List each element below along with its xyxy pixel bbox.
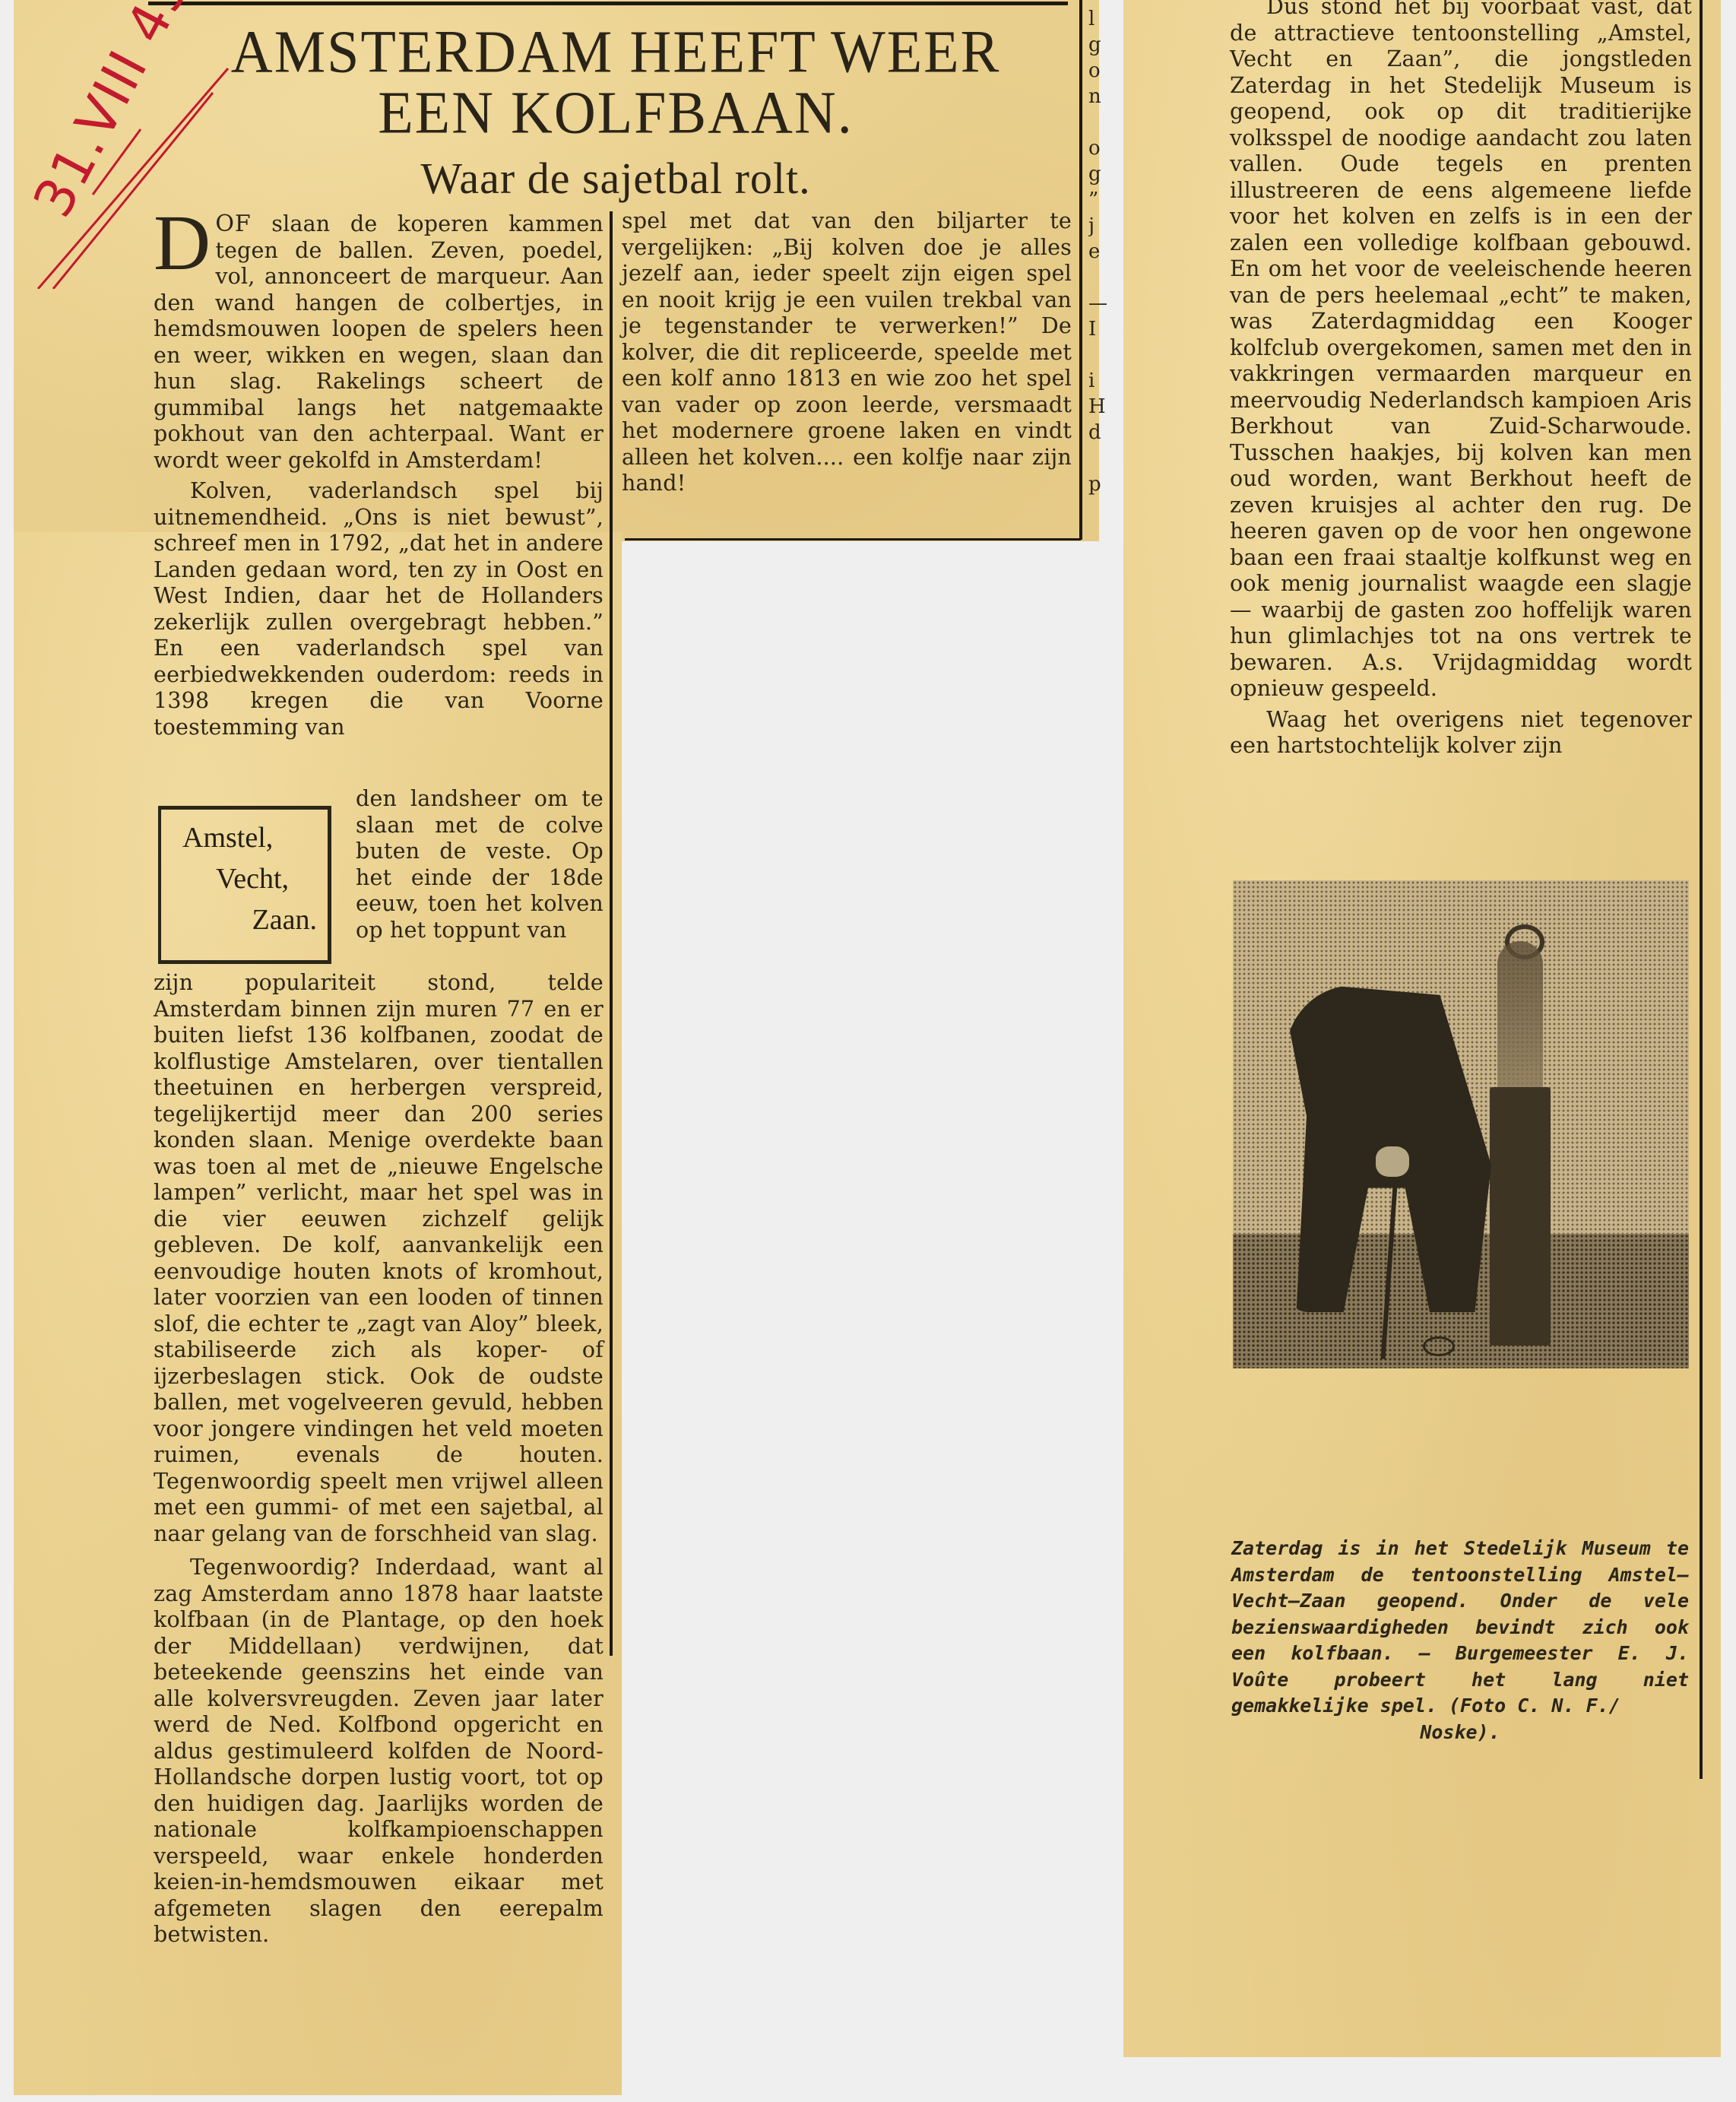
drop-cap: D [154, 214, 211, 272]
column-rule-right [1700, 0, 1703, 1779]
paragraph-popularity: zijn populariteit stond, telde Amsterdam… [154, 970, 603, 1547]
headline-line-2: EEN KOLFBAAN. [182, 82, 1049, 143]
paragraph-exhibition: Dus stond het bij voorbaat vast, dat de … [1230, 0, 1692, 702]
news-photo [1233, 880, 1689, 1368]
headline: AMSTERDAM HEEFT WEER [182, 21, 1049, 82]
column-rule-1 [610, 211, 613, 1656]
adjacent-article-fragment: l g o n o g ” j e — I i H d p [1088, 6, 1107, 497]
paragraph-present-day: Tegenwoordig? Inderdaad, want al zag Ams… [154, 1555, 603, 1948]
photo-ball [1423, 1336, 1455, 1356]
photo-hands [1376, 1146, 1409, 1177]
article-column-1-continued: zijn populariteit stond, telde Amsterdam… [154, 970, 603, 1948]
article-column-3: Dus stond het bij voorbaat vast, dat de … [1230, 0, 1692, 759]
article-column-1-wrap: den landsheer om te slaan met de colve b… [356, 786, 603, 943]
subheadline: Waar de sajetbal rolt. [182, 157, 1049, 201]
paragraph-warning: Waag het overigens niet tegenover een ha… [1230, 707, 1692, 759]
clipping-cut-edge [625, 538, 1081, 541]
headline-block: AMSTERDAM HEEFT WEER EEN KOLFBAAN. Waar … [182, 23, 1049, 201]
photo-post [1490, 1087, 1551, 1346]
column-rule-2 [1079, 0, 1082, 540]
photo-credit: Noske). [1231, 1720, 1689, 1746]
intro-paragraph: DOF slaan de koperen kammen tegen de bal… [154, 211, 603, 474]
exhibition-sidebox: Amstel, Vecht, Zaan. [158, 806, 331, 964]
article-column-2: spel met dat van den biljarter te vergel… [622, 208, 1072, 497]
top-rule [148, 2, 1068, 5]
paragraph-history: Kolven, vaderlandsch spel bij uitnemendh… [154, 478, 603, 740]
photo-caption: Zaterdag is in het Stedelijk Museum te A… [1231, 1536, 1689, 1745]
photo-trophy [1497, 941, 1543, 1093]
article-column-1: DOF slaan de koperen kammen tegen de bal… [154, 211, 603, 740]
